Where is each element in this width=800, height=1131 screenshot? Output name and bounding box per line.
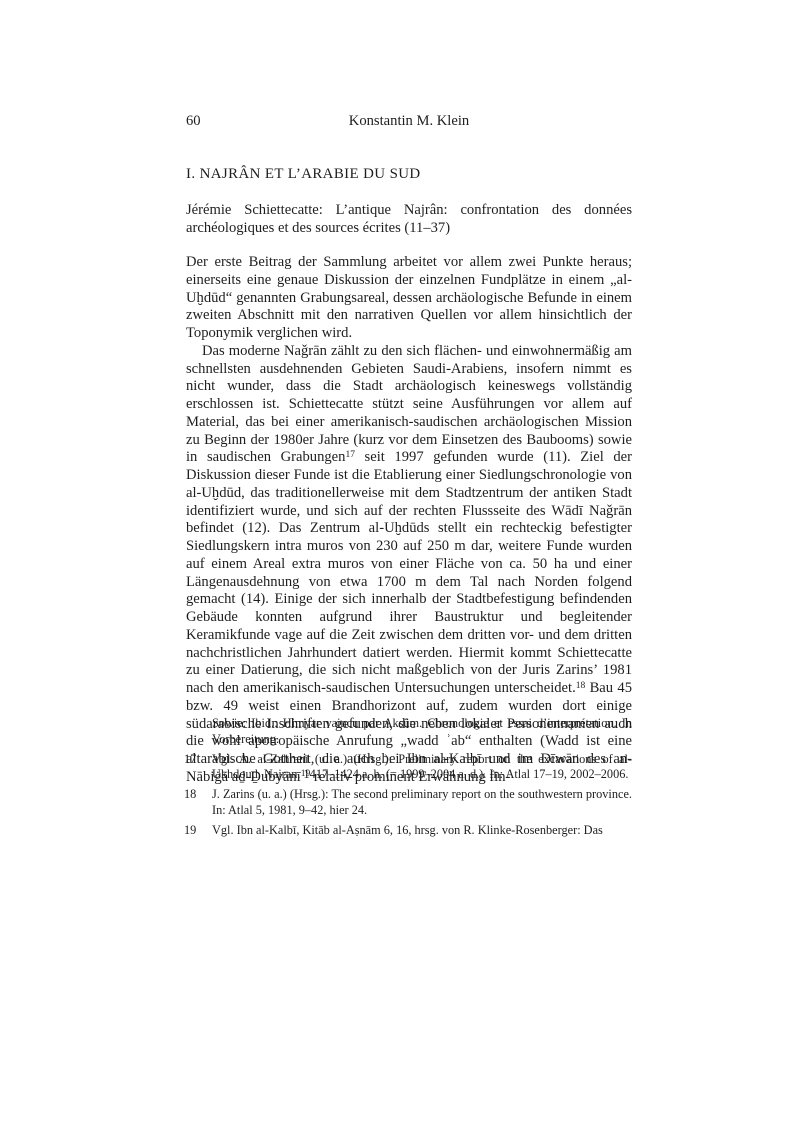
footnote-number: 17 (184, 752, 212, 783)
page-number: 60 (186, 113, 201, 130)
footnote-number: 18 (184, 787, 212, 818)
footnote-text: J. Zarins (u. a.) (Hrsg.): The second pr… (212, 787, 632, 818)
page-header: 60 Konstantin M. Klein (186, 113, 632, 130)
footnote-ref-17: 17 (345, 450, 355, 460)
footnote-17: 17 Vgl. A. al-Zahranī (u. a.) (Hrsg.): P… (184, 752, 632, 783)
paragraph-1: Der erste Beitrag der Sammlung arbeitet … (186, 254, 632, 343)
footnote-continuation: Sowie: Ibid.: Himyar vaincu par Aksûm. C… (184, 716, 632, 747)
footnotes-block: Sowie: Ibid.: Himyar vaincu par Aksûm. C… (184, 716, 632, 843)
footnote-18: 18 J. Zarins (u. a.) (Hrsg.): The second… (184, 787, 632, 818)
body-text: Der erste Beitrag der Sammlung arbeitet … (186, 254, 632, 787)
section-heading: I. NAJRÂN ET L’ARABIE DU SUD (186, 166, 632, 183)
paragraph-2-segment: Das moderne Naǧrān zählt zu den sich flä… (186, 343, 632, 466)
footnote-number: 19 (184, 823, 212, 839)
footnote-text: Vgl. Ibn al-Kalbī, Kitāb al-Aṣnām 6, 16,… (212, 823, 632, 839)
review-title: Jérémie Schiettecatte: L’antique Najrân:… (186, 202, 632, 237)
footnote-ref-18: 18 (576, 681, 586, 691)
footnote-text: Sowie: Ibid.: Himyar vaincu par Aksûm. C… (212, 716, 632, 747)
footnote-text: Vgl. A. al-Zahranī (u. a.) (Hrsg.): Prel… (212, 752, 632, 783)
footnote-19: 19 Vgl. Ibn al-Kalbī, Kitāb al-Aṣnām 6, … (184, 823, 632, 839)
running-title: Konstantin M. Klein (186, 113, 632, 130)
paragraph-2-segment: seit 1997 gefunden wurde (11). Ziel der … (186, 449, 632, 696)
document-page: 60 Konstantin M. Klein I. NAJRÂN ET L’AR… (0, 0, 800, 1131)
footnote-number (184, 716, 212, 747)
